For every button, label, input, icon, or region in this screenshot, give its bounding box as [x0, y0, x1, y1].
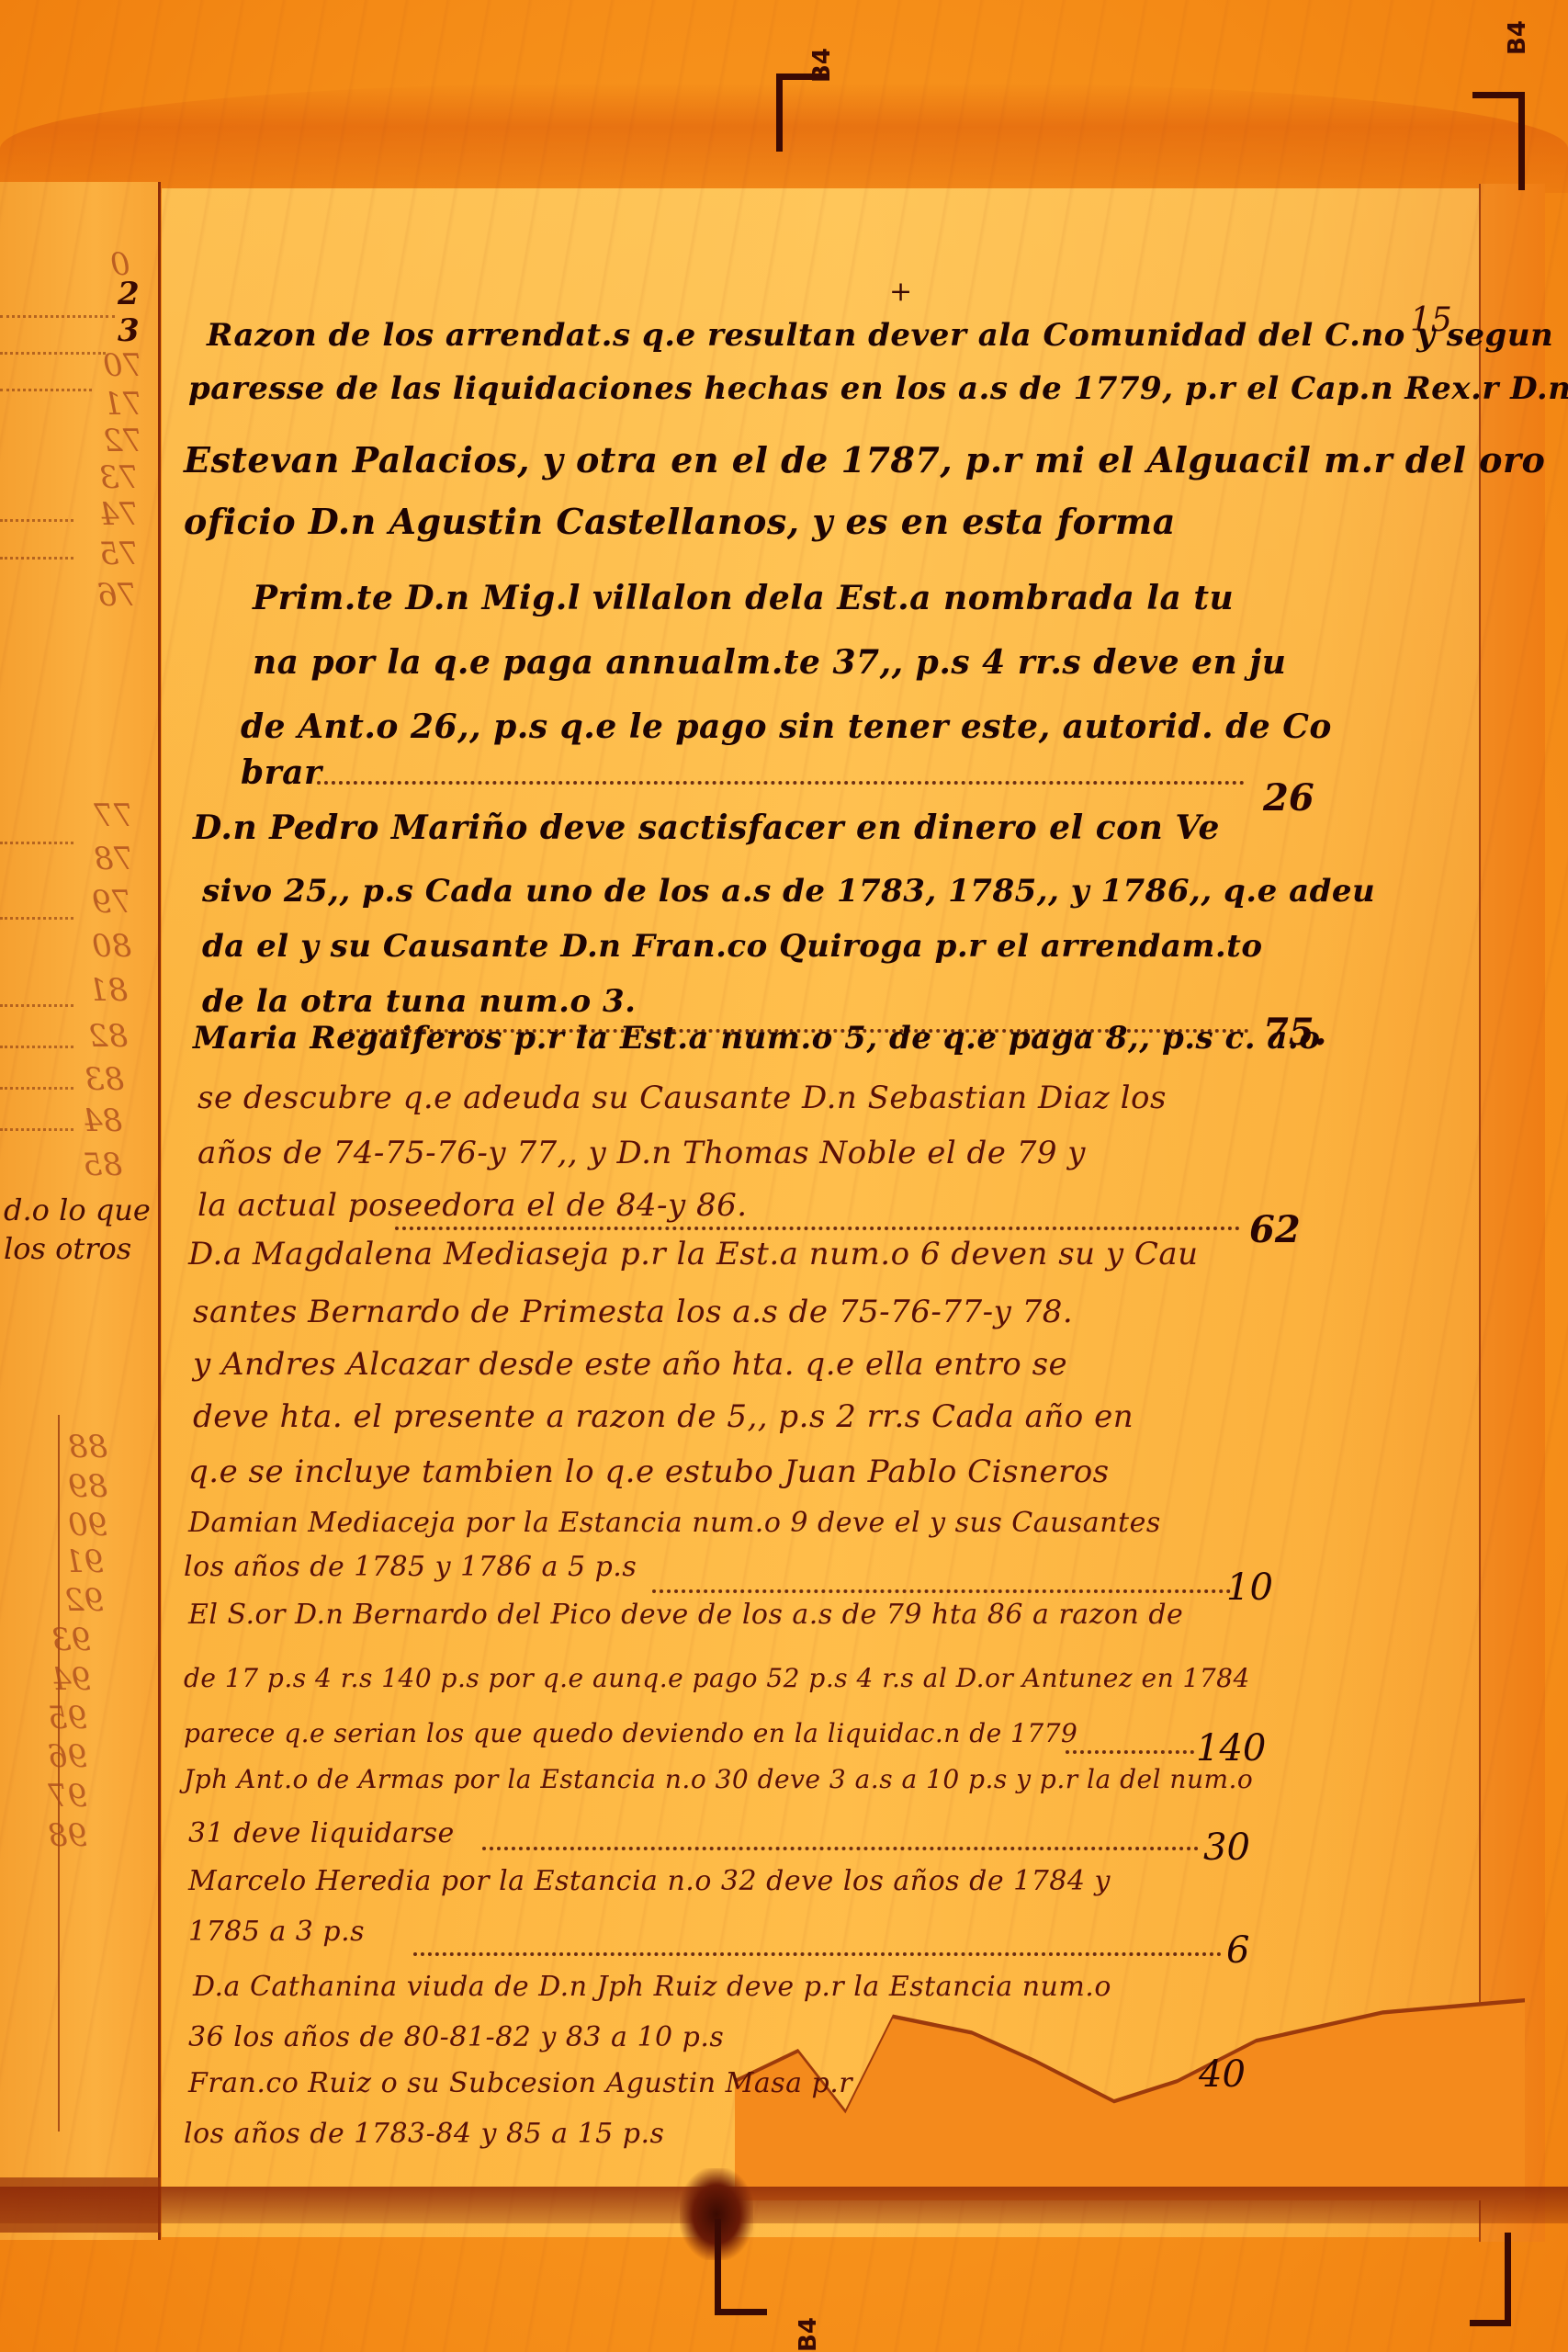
entry-line: D.a Cathanina viuda de D.n Jph Ruiz deve…	[193, 1971, 1111, 2003]
entry-line: sivo 25,, p.s Cada uno de los a.s de 178…	[202, 873, 1375, 910]
entry-amount: 6	[1226, 1929, 1249, 1972]
margin-number: 94	[51, 1661, 91, 1698]
dotted-leader	[413, 1952, 1222, 1956]
top-mark: +	[889, 276, 912, 308]
entry-line: q.e se incluye tambien lo q.e estubo Jua…	[188, 1453, 1110, 1490]
margin-number: 72	[103, 423, 142, 459]
crop-mark-bottom-right	[1470, 2233, 1511, 2326]
entry-amount: 26	[1263, 776, 1314, 820]
crop-mark-bottom-left	[715, 2219, 767, 2315]
entry-line: 1785 a 3 p.s	[188, 1916, 365, 1948]
entry-line: parece q.e serian los que quedo deviendo…	[184, 1718, 1077, 1748]
crop-label-bottom-left: B4	[795, 2317, 822, 2352]
dotted-leader	[1066, 1750, 1194, 1754]
margin-number: 92	[64, 1582, 104, 1619]
entry-line: Marcelo Heredia por la Estancia n.o 32 d…	[188, 1865, 1111, 1897]
entry-amount: 10	[1226, 1566, 1273, 1609]
entry-line: Jph Ant.o de Armas por la Estancia n.o 3…	[184, 1764, 1253, 1794]
entry-line: Damian Mediaceja por la Estancia num.o 9…	[188, 1507, 1161, 1539]
margin-number: 82	[88, 1018, 128, 1055]
margin-number: 71	[103, 386, 142, 423]
entry-line: se descubre q.e adeuda su Causante D.n S…	[197, 1080, 1167, 1116]
entry-line: da el y su Causante D.n Fran.co Quiroga …	[202, 928, 1263, 965]
entry-line: Maria Regaiferos p.r la Est.a num.o 5, d…	[193, 1020, 1320, 1057]
entry-line: El S.or D.n Bernardo del Pico deve de lo…	[188, 1599, 1183, 1631]
heading-line: oficio D.n Agustin Castellanos, y es en …	[184, 501, 1176, 542]
heading-line: Estevan Palacios, y otra en el de 1787, …	[184, 439, 1545, 481]
margin-number: 2	[118, 276, 140, 312]
entry-line: de 17 p.s 4 r.s 140 p.s por q.e aunq.e p…	[184, 1663, 1250, 1693]
entry-line: D.n Pedro Mariño deve sactisfacer en din…	[193, 808, 1220, 847]
entry-amount: 40	[1199, 2053, 1246, 2096]
entry-line: la actual poseedora el de 84-y 86.	[197, 1187, 748, 1224]
margin-number: 74	[99, 496, 139, 533]
dotted-leader	[317, 781, 1245, 785]
entry-line: brar	[241, 753, 321, 792]
dotted-leader	[0, 352, 106, 355]
margin-number: 84	[83, 1102, 122, 1139]
entry-line: santes Bernardo de Primesta los a.s de 7…	[193, 1294, 1073, 1330]
dotted-leader	[0, 842, 73, 844]
margin-number: 85	[83, 1147, 122, 1183]
dotted-leader	[395, 1227, 1240, 1230]
dotted-leader	[0, 1128, 73, 1131]
dotted-leader	[0, 389, 92, 391]
entry-line: Fran.co Ruiz o su Subcesion Agustin Masa…	[188, 2067, 852, 2099]
entry-line: 31 deve liquidarse	[188, 1817, 455, 1849]
margin-number: 88	[68, 1429, 107, 1465]
entry-line: los años de 1785 y 1786 a 5 p.s	[184, 1551, 637, 1583]
margin-number: 91	[64, 1543, 104, 1580]
crop-label-top-right: B4	[1504, 20, 1531, 55]
margin-number: 83	[85, 1061, 124, 1098]
margin-number: 89	[68, 1468, 107, 1505]
heading-line: Razon de los arrendat.s q.e resultan dev…	[207, 317, 1553, 354]
dotted-leader	[482, 1847, 1199, 1850]
dotted-leader	[0, 917, 73, 920]
margin-number: 3	[118, 312, 140, 349]
dotted-leader	[0, 1087, 73, 1090]
margin-number: 93	[51, 1622, 91, 1658]
crop-mark-top-left	[776, 73, 829, 152]
margin-number: 80	[92, 928, 131, 965]
margin-number: 79	[92, 884, 131, 921]
margin-number: 96	[48, 1738, 87, 1775]
margin-note: los otros	[4, 1231, 131, 1266]
margin-number: 98	[48, 1817, 87, 1854]
entry-line: D.a Magdalena Mediaseja p.r la Est.a num…	[188, 1236, 1199, 1272]
crop-label-top-left: B4	[808, 48, 836, 83]
margin-number: 77	[94, 797, 133, 834]
crop-mark-top-right	[1472, 92, 1525, 190]
dotted-leader	[652, 1589, 1231, 1593]
entry-line: 36 los años de 80-81-82 y 83 a 10 p.s	[188, 2021, 724, 2053]
entry-line: Prim.te D.n Mig.l villalon dela Est.a no…	[253, 579, 1234, 617]
dotted-leader	[0, 315, 115, 318]
entry-line: años de 74-75-76-y 77,, y D.n Thomas Nob…	[197, 1135, 1086, 1171]
dotted-leader	[0, 1004, 73, 1007]
margin-number: 95	[48, 1700, 87, 1736]
margin-number: 81	[88, 972, 128, 1009]
entry-amount: 62	[1249, 1208, 1301, 1251]
margin-number: 97	[48, 1778, 87, 1815]
heading-line: paresse de las liquidaciones hechas en l…	[188, 370, 1568, 407]
margin-number: 73	[99, 459, 139, 496]
entry-line: deve hta. el presente a razon de 5,, p.s…	[193, 1398, 1134, 1435]
dotted-leader	[0, 519, 73, 522]
margin-number: 75	[99, 536, 139, 572]
entry-line: na por la q.e paga annualm.te 37,, p.s 4…	[253, 643, 1286, 682]
page-right-edge	[1479, 184, 1545, 2242]
margin-number: 76	[97, 577, 137, 614]
entry-amount: 30	[1203, 1826, 1250, 1869]
entry-line: y Andres Alcazar desde este año hta. q.e…	[193, 1346, 1067, 1383]
entry-line: de la otra tuna num.o 3.	[202, 983, 636, 1020]
entry-line: los años de 1783-84 y 85 a 15 p.s	[184, 2118, 664, 2150]
page-bottom-shadow	[0, 2187, 1568, 2223]
dotted-leader	[0, 557, 73, 560]
margin-note: d.o lo que	[4, 1193, 151, 1227]
dotted-leader	[0, 1046, 73, 1048]
margin-number: 90	[68, 1507, 107, 1543]
margin-number: 78	[94, 841, 133, 877]
entry-line: de Ant.o 26,, p.s q.e le pago sin tener …	[241, 707, 1332, 746]
margin-number: 70	[103, 347, 142, 384]
